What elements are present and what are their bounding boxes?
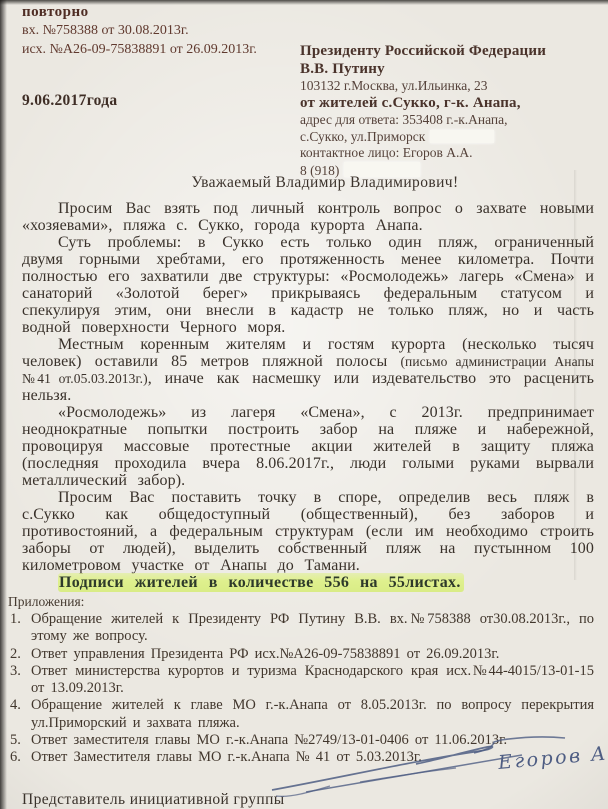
body-paragraph-2: Суть проблемы: в Сукко есть только один … [22,234,594,336]
attachment-text: Обращение жителей к главе МО г.-к.Анапа … [31,697,594,732]
scanned-letter-page: повторно вх. №758388 от 30.08.2013г. исх… [0,0,608,809]
reply-street: с.Сукко, ул.Приморск [300,129,425,144]
recipient-title: Президенту Российской Федерации [300,42,600,60]
attachment-number: 3. [10,663,31,698]
attachment-text: Обращение жителей к Президенту РФ Путину… [31,611,594,646]
contact-person: контактное лицо: Егоров А.А. [300,145,600,161]
salutation: Уважаемый Владимир Владимирович! [22,174,594,192]
attachment-item: 3.Ответ министерства курортов и туризма … [10,663,594,698]
signatures-count-line: Подписи жителей в количестве 556 на 55ли… [22,574,594,591]
attachments-title: Приложения: [8,594,594,610]
attachment-item: 1.Обращение жителей к Президенту РФ Пути… [10,611,594,646]
letter-date: 9.06.2017года [22,92,117,110]
body-paragraph-1: Просим Вас взять под личный контроль воп… [22,200,594,234]
recipient-name: В.В. Путину [300,60,600,78]
letter-body: Уважаемый Владимир Владимирович! Просим … [22,174,594,809]
stamp-repeat-label: повторно [22,4,257,21]
body-paragraph-4: «Росмолодежь» из лагеря «Смена», с 2013г… [22,404,594,489]
redaction-box-street [430,130,494,143]
sender-line: от жителей с.Сукко, г-к. Анапа, [300,94,600,112]
body-paragraph-5: Просим Вас поставить точку в споре, опре… [22,489,594,574]
recipient-block: Президенту Российской Федерации В.В. Пут… [300,42,600,179]
attachment-item: 2.Ответ управления Президента РФ исх.№А2… [10,646,594,663]
reply-address-line1: адрес для ответа: 353408 г.-к.Анапа, [300,112,600,128]
body-paragraph-3: Местным коренным жителям и гостям курорт… [22,336,594,404]
attachment-number: 2. [10,646,31,663]
stamp-outgoing-number: исх. №А26-09-75838891 от 26.09.2013г. [22,40,257,59]
photo-edge-left [0,0,7,809]
attachment-number: 5. [10,732,31,749]
attachment-text: Ответ управления Президента РФ исх.№А26-… [31,646,594,663]
highlighted-text: Подписи жителей в количестве 556 на 55ли… [58,573,464,592]
stamp-block: повторно вх. №758388 от 30.08.2013г. исх… [22,4,257,59]
attachment-number: 1. [10,611,31,646]
attachment-text: Ответ министерства курортов и туризма Кр… [31,663,594,698]
recipient-address: 103132 г.Москва, ул.Ильинка, 23 [300,78,600,94]
reply-address-line2: с.Сукко, ул.Приморск [300,129,600,145]
attachment-number: 6. [10,749,31,766]
attachment-item: 4.Обращение жителей к главе МО г.-к.Анап… [10,697,594,732]
stamp-incoming-number: вх. №758388 от 30.08.2013г. [22,21,257,40]
attachment-number: 4. [10,697,31,732]
